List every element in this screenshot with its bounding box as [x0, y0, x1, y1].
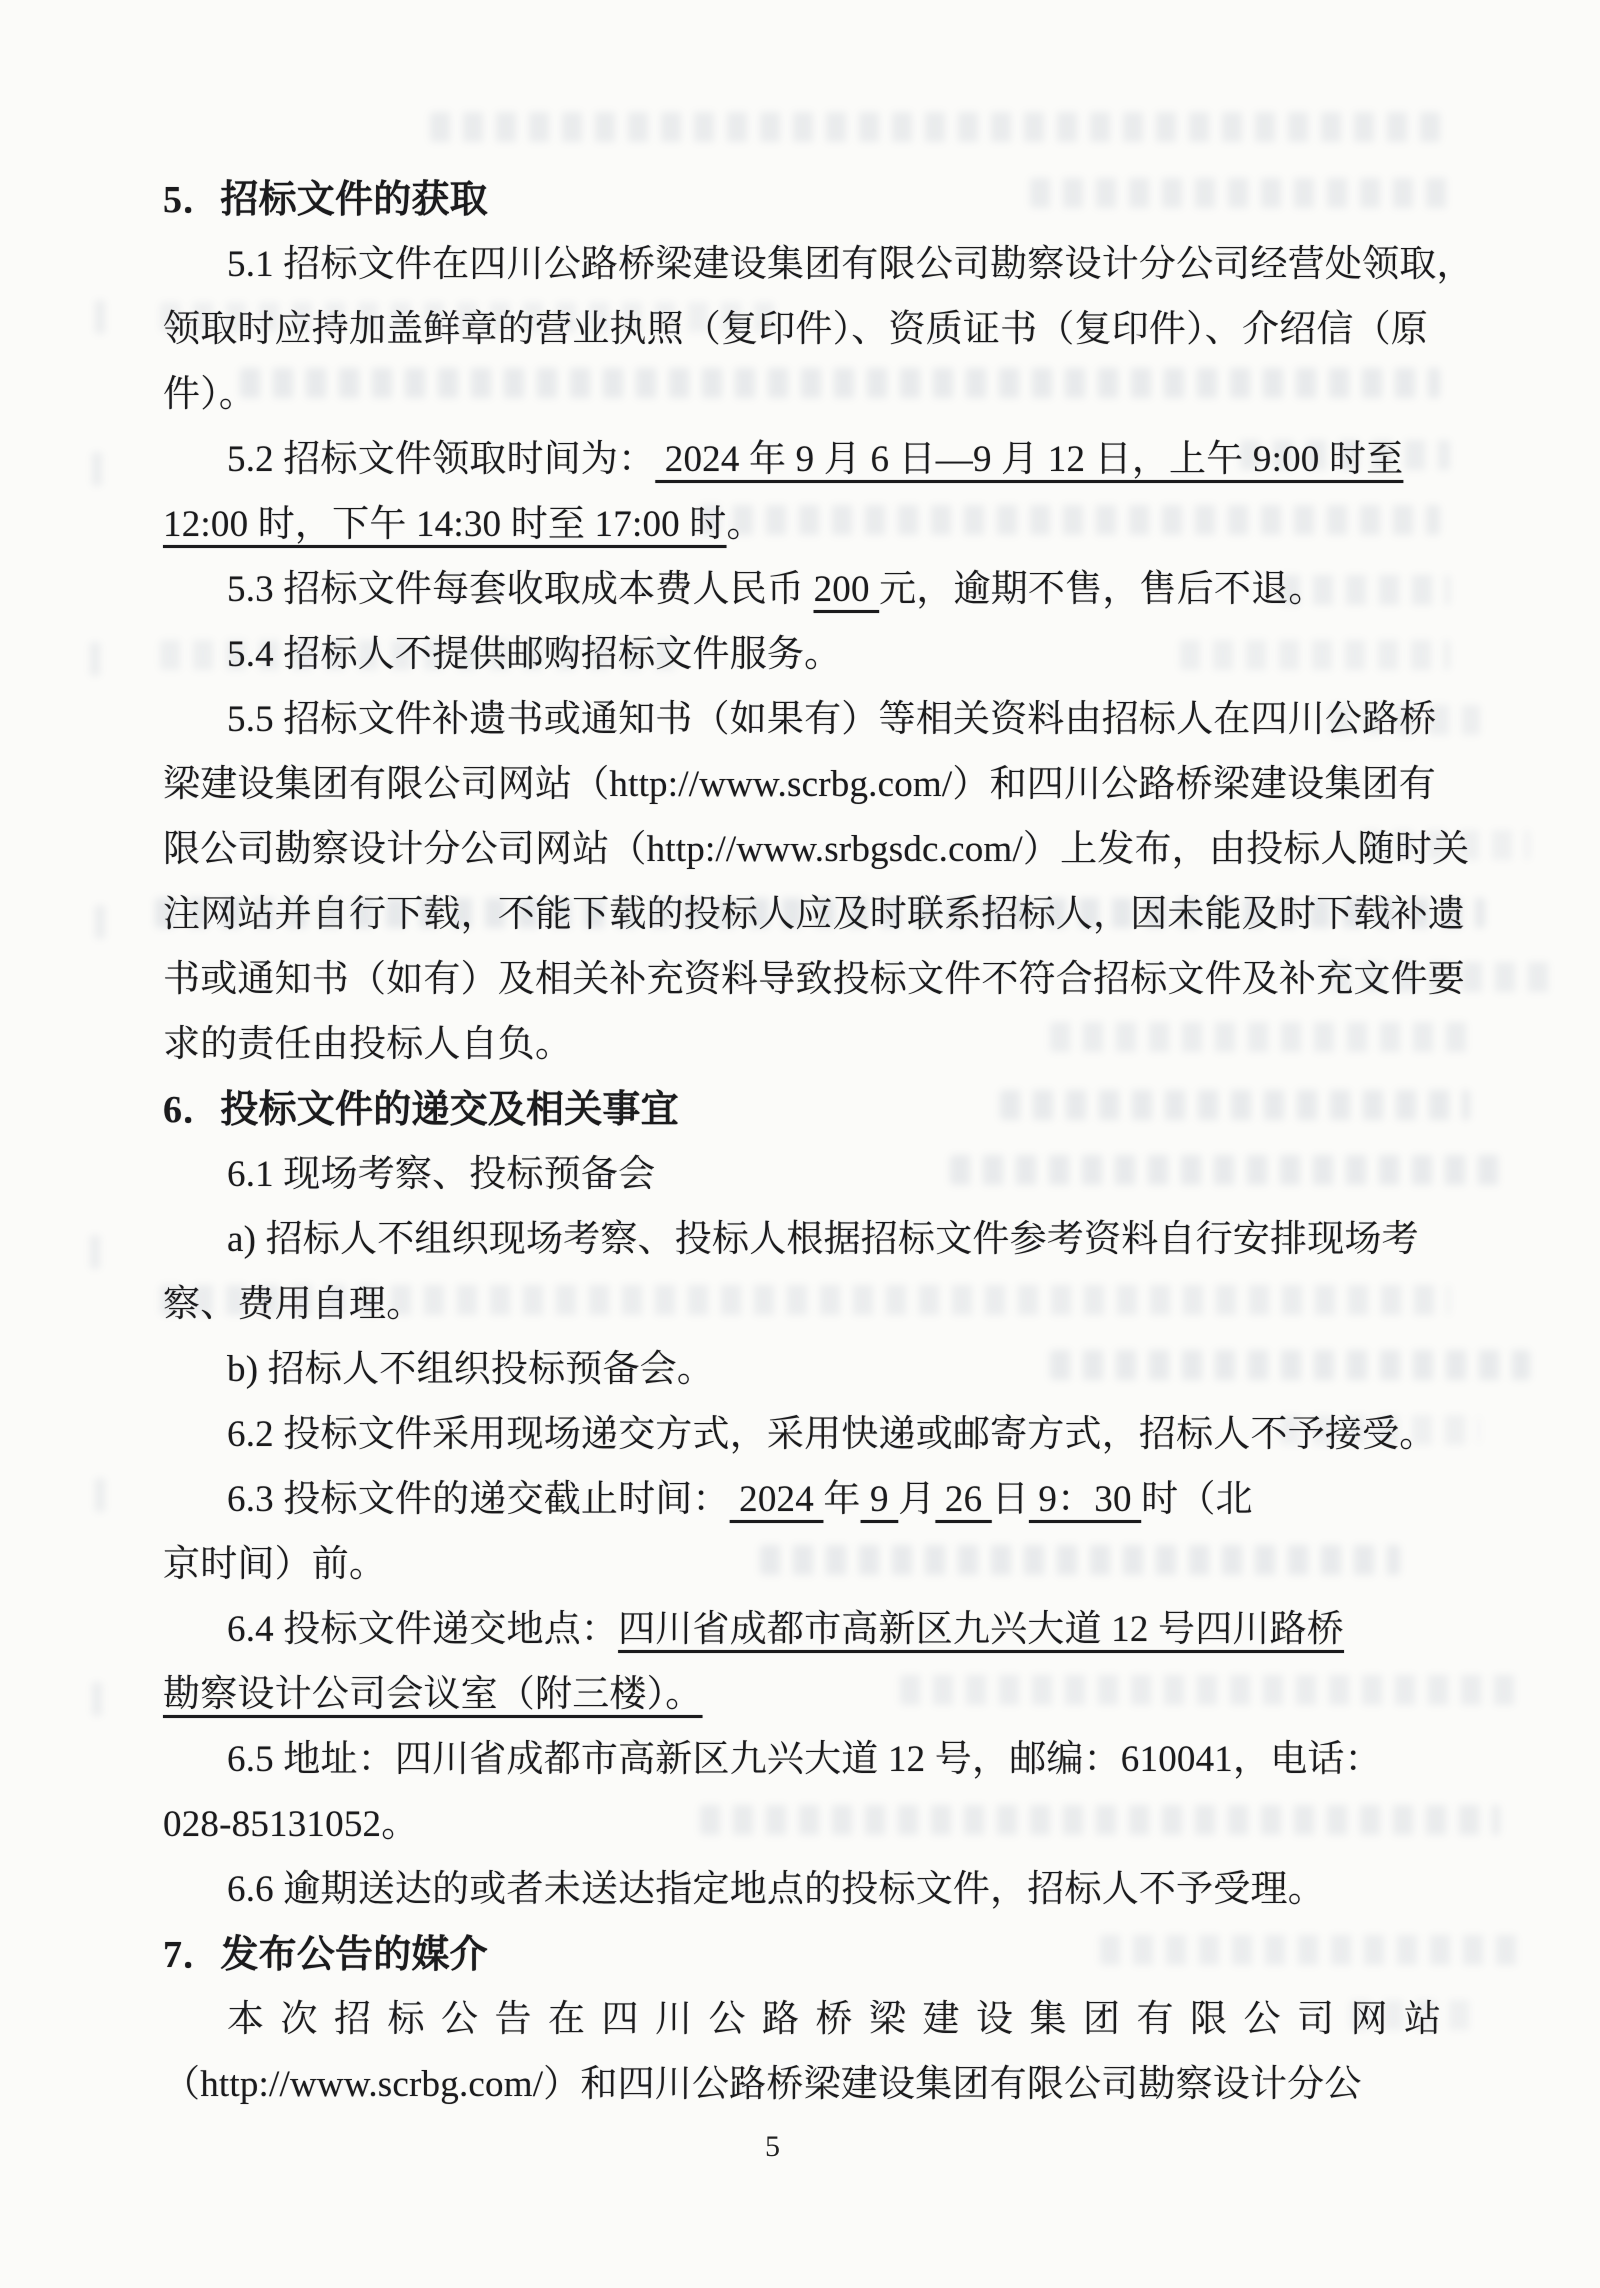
text-segment: 注网站并自行下载，不能下载的投标人应及时联系招标人，因未能及时下载补遗	[163, 894, 1465, 935]
text-segment: 6．投标文件的递交及相关事宜	[163, 1089, 679, 1131]
clause-5-3: 5.3 招标文件每套收取成本费人民币 200 元，逾期不售，售后不退。	[163, 558, 1447, 623]
clause-6-6: 6.6 逾期送达的或者未送达指定地点的投标文件，招标人不予受理。	[163, 1858, 1447, 1923]
section-5-heading: 5．招标文件的获取	[163, 168, 1447, 233]
clause-6-4-line-2: 勘察设计公司会议室（附三楼）。	[163, 1663, 1447, 1728]
underlined-text: 200	[814, 569, 880, 610]
text-segment: 元，逾期不售，售后不退。	[879, 569, 1325, 610]
text-segment: 6.5 地址：四川省成都市高新区九兴大道 12 号，邮编：610041，电话：	[227, 1739, 1382, 1780]
text-segment: 梁建设集团有限公司网站（http://www.scrbg.com/）和四川公路桥…	[163, 764, 1436, 805]
clause-6-4-line-1: 6.4 投标文件递交地点：四川省成都市高新区九兴大道 12 号四川路桥	[163, 1598, 1447, 1663]
text-segment: 7．发布公告的媒介	[163, 1934, 488, 1976]
underlined-text: 勘察设计公司会议室（附三楼）。	[163, 1674, 703, 1715]
clause-5-5-line-3: 限公司勘察设计分公司网站（http://www.srbgsdc.com/）上发布…	[163, 818, 1447, 883]
text-segment: 本次招标公告在四川公路桥梁建设集团有限公司网站	[227, 1999, 1458, 2040]
section-6-heading: 6．投标文件的递交及相关事宜	[163, 1078, 1447, 1143]
text-segment: 5．招标文件的获取	[163, 179, 488, 221]
clause-6-1-a-line-1: a) 招标人不组织现场考察、投标人根据招标文件参考资料自行安排现场考	[163, 1208, 1447, 1273]
clause-5-2-line-2: 12:00 时，下午 14:30 时至 17:00 时。	[163, 493, 1447, 558]
bleedthrough-artifact	[90, 642, 100, 676]
text-segment: 时（北	[1141, 1479, 1253, 1520]
scanned-document-page: 5．招标文件的获取5.1 招标文件在四川公路桥梁建设集团有限公司勘察设计分公司经…	[0, 0, 1600, 2288]
section-7-heading: 7．发布公告的媒介	[163, 1923, 1447, 1988]
clause-5-5-line-5: 书或通知书（如有）及相关补充资料导致投标文件不符合招标文件及补充文件要	[163, 948, 1447, 1013]
bleedthrough-artifact	[90, 1235, 100, 1269]
clause-6-3-line-2: 京时间）前。	[163, 1533, 1447, 1598]
clause-5-4: 5.4 招标人不提供邮购招标文件服务。	[163, 623, 1447, 688]
text-segment: b) 招标人不组织投标预备会。	[227, 1349, 714, 1390]
clause-5-5-line-1: 5.5 招标文件补遗书或通知书（如果有）等相关资料由招标人在四川公路桥	[163, 688, 1447, 753]
bleedthrough-artifact	[92, 452, 102, 486]
text-segment: 限公司勘察设计分公司网站（http://www.srbgsdc.com/）上发布…	[163, 829, 1469, 870]
text-segment: 6.3 投标文件的递交截止时间：	[227, 1479, 730, 1520]
clause-6-1-a-line-2: 察、费用自理。	[163, 1273, 1447, 1338]
text-segment: 日	[992, 1479, 1029, 1520]
text-segment: 月	[898, 1479, 935, 1520]
clause-6-5-line-2: 028-85131052。	[163, 1793, 1447, 1858]
text-segment: 6.2 投标文件采用现场递交方式，采用快递或邮寄方式，招标人不予接受。	[227, 1414, 1437, 1455]
clause-5-5-line-6: 求的责任由投标人自负。	[163, 1013, 1447, 1078]
underlined-text: 2024 年 9 月 6 日—9 月 12 日，上午 9:00 时至	[655, 439, 1403, 480]
clause-6-1-b: b) 招标人不组织投标预备会。	[163, 1338, 1447, 1403]
text-segment: （http://www.scrbg.com/）和四川公路桥梁建设集团有限公司勘察…	[163, 2064, 1362, 2105]
text-segment: 。	[727, 504, 764, 545]
bleedthrough-artifact	[92, 1682, 102, 1716]
announcement-media-line-2: （http://www.scrbg.com/）和四川公路桥梁建设集团有限公司勘察…	[163, 2053, 1447, 2118]
text-segment: 6.6 逾期送达的或者未送达指定地点的投标文件，招标人不予受理。	[227, 1869, 1325, 1910]
underlined-text: 2024	[730, 1479, 824, 1520]
text-segment: 028-85131052。	[163, 1804, 418, 1845]
announcement-media-line-1: 本次招标公告在四川公路桥梁建设集团有限公司网站	[163, 1988, 1447, 2053]
bleedthrough-artifact	[430, 112, 1440, 142]
text-segment: 5.3 招标文件每套收取成本费人民币	[227, 569, 814, 610]
document-lines: 5．招标文件的获取5.1 招标文件在四川公路桥梁建设集团有限公司勘察设计分公司经…	[163, 168, 1447, 2118]
text-segment: 5.4 招标人不提供邮购招标文件服务。	[227, 634, 841, 675]
clause-5-5-line-4: 注网站并自行下载，不能下载的投标人应及时联系招标人，因未能及时下载补遗	[163, 883, 1447, 948]
text-segment: 5.1 招标文件在四川公路桥梁建设集团有限公司勘察设计分公司经营处领取，	[227, 244, 1474, 285]
clause-6-3-line-1: 6.3 投标文件的递交截止时间： 2024 年 9 月 26 日 9：30 时（…	[163, 1468, 1447, 1533]
bleedthrough-artifact	[95, 300, 105, 334]
clause-5-1-line-2: 领取时应持加盖鲜章的营业执照（复印件）、资质证书（复印件）、介绍信（原	[163, 298, 1447, 363]
clause-6-1: 6.1 现场考察、投标预备会	[163, 1143, 1447, 1208]
clause-5-1-line-3: 件）。	[163, 363, 1447, 428]
clause-5-2-line-1: 5.2 招标文件领取时间为： 2024 年 9 月 6 日—9 月 12 日，上…	[163, 428, 1447, 493]
text-segment: 求的责任由投标人自负。	[163, 1024, 572, 1065]
underlined-text: 四川省成都市高新区九兴大道 12 号四川路桥	[618, 1609, 1344, 1650]
underlined-text: 9	[861, 1479, 899, 1520]
text-segment: 6.1 现场考察、投标预备会	[227, 1154, 655, 1195]
text-segment: 察、费用自理。	[163, 1284, 423, 1325]
underlined-text: 26	[935, 1479, 991, 1520]
clause-5-5-line-2: 梁建设集团有限公司网站（http://www.scrbg.com/）和四川公路桥…	[163, 753, 1447, 818]
text-segment: 领取时应持加盖鲜章的营业执照（复印件）、资质证书（复印件）、介绍信（原	[163, 309, 1428, 350]
bleedthrough-artifact	[95, 1478, 105, 1512]
text-segment: 京时间）前。	[163, 1544, 386, 1585]
bleedthrough-artifact	[95, 905, 105, 939]
text-segment: 件）。	[163, 374, 256, 415]
text-segment: 5.2 招标文件领取时间为：	[227, 439, 655, 480]
text-segment: 5.5 招标文件补遗书或通知书（如果有）等相关资料由招标人在四川公路桥	[227, 699, 1437, 740]
clause-5-1-line-1: 5.1 招标文件在四川公路桥梁建设集团有限公司勘察设计分公司经营处领取，	[163, 233, 1447, 298]
underlined-text: 12:00 时，下午 14:30 时至 17:00 时	[163, 504, 727, 545]
clause-6-2: 6.2 投标文件采用现场递交方式，采用快递或邮寄方式，招标人不予接受。	[163, 1403, 1447, 1468]
text-segment: 年	[823, 1479, 860, 1520]
underlined-text: 9：30	[1029, 1479, 1141, 1520]
text-segment: 书或通知书（如有）及相关补充资料导致投标文件不符合招标文件及补充文件要	[163, 959, 1465, 1000]
text-segment: 6.4 投标文件递交地点：	[227, 1609, 618, 1650]
page-number: 5	[0, 2130, 1545, 2164]
text-segment: a) 招标人不组织现场考察、投标人根据招标文件参考资料自行安排现场考	[227, 1219, 1419, 1260]
clause-6-5-line-1: 6.5 地址：四川省成都市高新区九兴大道 12 号，邮编：610041，电话：	[163, 1728, 1447, 1793]
